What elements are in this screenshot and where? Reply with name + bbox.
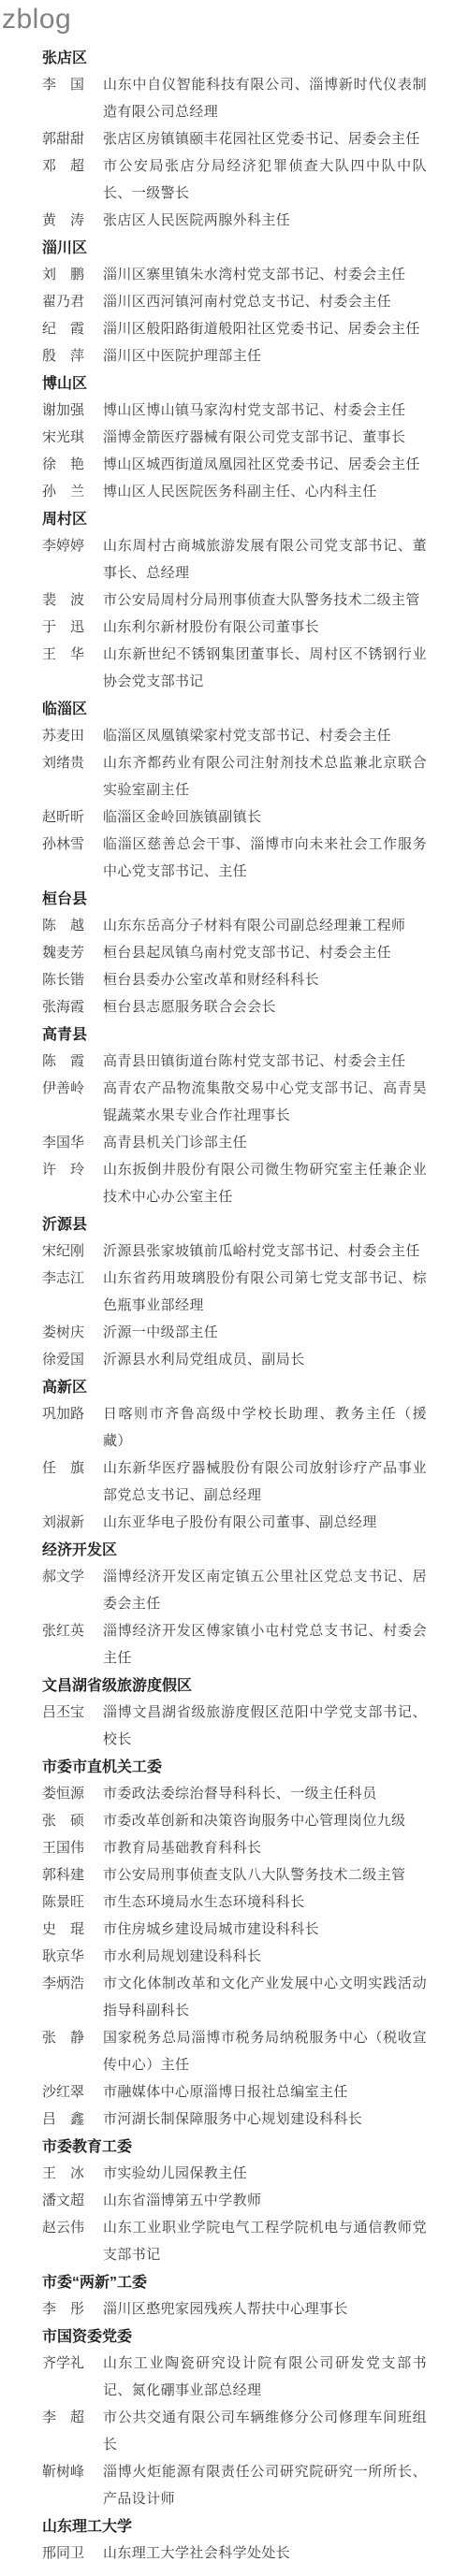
list-item: 郭科建市公安局刑事侦查支队八大队警务技术二级主管 [42,1862,427,1889]
person-title: 山东扳倒井股份有限公司微生物研究室主任兼企业技术中心办公室主任 [103,1157,427,1211]
person-title: 张店区房镇镇颐丰花园社区党委书记、居委会主任 [103,126,427,153]
person-name: 徐 艳 [42,452,103,479]
person-name: 齐学礼 [42,2351,103,2378]
list-item: 巩加路日喀则市齐鲁高级中学校长助理、教务主任（援藏） [42,1401,427,1455]
person-name: 娄恒源 [42,1781,103,1808]
list-item: 邓 超市公安局张店分局经济犯罪侦查大队四中队中队长、一级警长 [42,153,427,208]
person-title: 临淄区凤凰镇梁家村党支部书记、村委会主任 [103,723,427,750]
person-name: 郭甜甜 [42,126,103,153]
person-title: 山东齐都药业有限公司注射剂技术总监兼北京联合实验室副主任 [103,750,427,804]
section-title: 淄川区 [42,235,427,262]
section-title: 桓台县 [42,886,427,913]
person-name: 张 硕 [42,1808,103,1835]
person-name: 陈 霞 [42,1049,103,1076]
person-name: 史 琨 [42,1917,103,1944]
list-item: 孙林雪临淄区慈善总会干事、淄博市向未来社会工作服务中心党支部书记、主任 [42,832,427,886]
person-title: 山东东岳高分子材料有限公司副总经理兼工程师 [103,913,427,940]
person-name: 王 华 [42,642,103,669]
person-name: 苏麦田 [42,723,103,750]
person-name: 吕 鑫 [42,2106,103,2134]
list-item: 李炳浩市文化体制改革和文化产业发展中心文明实践活动指导科副科长 [42,1971,427,2025]
person-title: 张店区人民医院两腺外科主任 [103,208,427,235]
person-title: 市住房城乡建设局城市建设科科长 [103,1917,427,1944]
person-title: 高青县机关门诊部主任 [103,1130,427,1157]
person-name: 娄树庆 [42,1320,103,1347]
list-item: 吕丕宝淄博文昌湖省级旅游度假区范阳中学党支部书记、校长 [42,1700,427,1754]
person-name: 谢加强 [42,398,103,425]
list-item: 孙 兰博山区人民医院医务科副主任、心内科主任 [42,479,427,506]
person-title: 山东亚华电子股份有限公司董事、副总经理 [103,1510,427,1537]
person-title: 市实验幼儿园保教主任 [103,2161,427,2188]
list-item: 齐学礼山东工业陶瓷研究设计院有限公司研发党支部书记、氮化硼事业部总经理 [42,2351,427,2405]
list-item: 陈景旺市生态环境局水生态环境科科长 [42,1889,427,1917]
person-title: 淄博文昌湖省级旅游度假区范阳中学党支部书记、校长 [103,1700,427,1754]
person-name: 刘 鹏 [42,262,103,289]
person-name: 殷 萍 [42,343,103,370]
person-title: 淄川区西河镇河南村党总支书记、村委会主任 [103,289,427,316]
person-title: 沂源县张家坡镇前瓜峪村党支部书记、村委会主任 [103,1238,427,1266]
person-title: 博山区城西街道凤凰园社区党委书记、居委会主任 [103,452,427,479]
person-title: 山东省药用玻璃股份有限公司第七党支部书记、棕色瓶事业部经理 [103,1266,427,1320]
person-name: 许 玲 [42,1157,103,1184]
person-name: 纪 霞 [42,316,103,343]
list-item: 耿京华市水利局规划建设科科长 [42,1944,427,1971]
list-item: 娄恒源市委政法委综治督导科科长、一级主任科员 [42,1781,427,1808]
person-title: 山东新世纪不锈钢集团董事长、周村区不锈钢行业协会党支部书记 [103,642,427,696]
section-title: 高新区 [42,1374,427,1401]
list-item: 陈 越山东东岳高分子材料有限公司副总经理兼工程师 [42,913,427,940]
person-title: 淄博火炬能源有限责任公司研究院研究一所所长、产品设计师 [103,2459,427,2513]
person-name: 伊善岭 [42,1076,103,1103]
list-item: 潘文超山东省淄博第五中学教师 [42,2188,427,2215]
person-title: 市水利局规划建设科科长 [103,1944,427,1971]
person-name: 魏麦芳 [42,940,103,967]
person-title: 山东理工大学社会科学处处长 [103,2540,427,2568]
list-item: 吕 鑫市河湖长制保障服务中心规划建设科科长 [42,2106,427,2134]
person-title: 市生态环境局水生态环境科科长 [103,1889,427,1917]
list-item: 纪 霞淄川区般阳路街道般阳社区党委书记、居委会主任 [42,316,427,343]
person-name: 王国伟 [42,1835,103,1862]
list-item: 赵云伟山东工业职业学院电气工程学院机电与通信教师党支部书记 [42,2215,427,2269]
person-name: 李国华 [42,1130,103,1157]
person-name: 陈长锴 [42,967,103,994]
person-name: 邢同卫 [42,2540,103,2568]
person-title: 淄博经济开发区傅家镇小屯村党总支书记、村委会主任 [103,1618,427,1672]
person-name: 李婷婷 [42,533,103,560]
list-item: 张 硕市委改革创新和决策咨询服务中心管理岗位九级 [42,1808,427,1835]
list-item: 谢加强博山区博山镇马家沟村党支部书记、村委会主任 [42,398,427,425]
section-title: 经济开发区 [42,1537,427,1564]
person-name: 张海霞 [42,994,103,1021]
person-name: 刘淑新 [42,1510,103,1537]
list-item: 李 超市公共交通有限公司车辆维修分公司修理车间班组长 [42,2405,427,2459]
person-title: 桓台县志愿服务联合会会长 [103,994,427,1021]
person-title: 高青县田镇街道台陈村党支部书记、村委会主任 [103,1049,427,1076]
section-title: 市委市直机关工委 [42,1754,427,1781]
list-item: 张 静国家税务总局淄博市税务局纳税服务中心（税收宣传中心）主任 [42,2025,427,2079]
awards-list: 张店区李 国山东中自仪智能科技有限公司、淄博新时代仪表制造有限公司总经理郭甜甜张… [0,37,468,2568]
person-title: 市委改革创新和决策咨询服务中心管理岗位九级 [103,1808,427,1835]
list-item: 沙红翠市融媒体中心原淄博日报社总编室主任 [42,2079,427,2106]
person-name: 李 彤 [42,2296,103,2323]
person-name: 巩加路 [42,1401,103,1428]
person-title: 淄川区憨兜家园残疾人帮扶中心理事长 [103,2296,427,2323]
person-title: 山东工业陶瓷研究设计院有限公司研发党支部书记、氮化硼事业部总经理 [103,2351,427,2405]
person-title: 桓台县委办公室改革和财经科科长 [103,967,427,994]
list-item: 靳树峰淄博火炬能源有限责任公司研究院研究一所所长、产品设计师 [42,2459,427,2513]
person-name: 刘绪贵 [42,750,103,777]
list-item: 宋光琪淄博金箭医疗器械有限公司党支部书记、董事长 [42,425,427,452]
person-name: 潘文超 [42,2188,103,2215]
person-name: 王 冰 [42,2161,103,2188]
list-item: 徐爱国沂源县水利局党组成员、副局长 [42,1347,427,1374]
site-logo[interactable]: zblog [0,0,468,37]
list-item: 邢同卫山东理工大学社会科学处处长 [42,2540,427,2568]
person-title: 市教育局基础教育科科长 [103,1835,427,1862]
list-item: 徐 艳博山区城西街道凤凰园社区党委书记、居委会主任 [42,452,427,479]
list-item: 于 迅山东利尔新材股份有限公司董事长 [42,615,427,642]
list-item: 苏麦田临淄区凤凰镇梁家村党支部书记、村委会主任 [42,723,427,750]
list-item: 李 国山东中自仪智能科技有限公司、淄博新时代仪表制造有限公司总经理 [42,72,427,126]
person-name: 郝文学 [42,1564,103,1591]
person-name: 李志江 [42,1266,103,1293]
person-name: 陈景旺 [42,1889,103,1917]
person-title: 山东工业职业学院电气工程学院机电与通信教师党支部书记 [103,2215,427,2269]
person-name: 李 超 [42,2405,103,2432]
person-name: 宋光琪 [42,425,103,452]
section-title: 高青县 [42,1021,427,1049]
person-title: 淄博经济开发区南定镇五公里社区党总支书记、居委会主任 [103,1564,427,1618]
person-title: 国家税务总局淄博市税务局纳税服务中心（税收宣传中心）主任 [103,2025,427,2079]
list-item: 王 华山东新世纪不锈钢集团董事长、周村区不锈钢行业协会党支部书记 [42,642,427,696]
list-item: 翟乃君淄川区西河镇河南村党总支书记、村委会主任 [42,289,427,316]
list-item: 张红英淄博经济开发区傅家镇小屯村党总支书记、村委会主任 [42,1618,427,1672]
list-item: 陈 霞高青县田镇街道台陈村党支部书记、村委会主任 [42,1049,427,1076]
person-name: 张红英 [42,1618,103,1645]
person-title: 山东省淄博第五中学教师 [103,2188,427,2215]
person-title: 淄博金箭医疗器械有限公司党支部书记、董事长 [103,425,427,452]
person-title: 市委政法委综治督导科科长、一级主任科员 [103,1781,427,1808]
person-title: 淄川区般阳路街道般阳社区党委书记、居委会主任 [103,316,427,343]
person-title: 山东利尔新材股份有限公司董事长 [103,615,427,642]
list-item: 任 旗山东新华医疗器械股份有限公司放射诊疗产品事业部党总支书记、副总经理 [42,1455,427,1510]
person-title: 临淄区金岭回族镇副镇长 [103,804,427,832]
person-title: 淄川区中医院护理部主任 [103,343,427,370]
person-name: 李 国 [42,72,103,99]
person-title: 市公安局周村分局刑事侦查大队警务技术二级主管 [103,587,427,615]
section-title: 市委“两新”工委 [42,2269,427,2296]
person-title: 山东周村古商城旅游发展有限公司党支部书记、董事长、总经理 [103,533,427,587]
person-title: 市公安局刑事侦查支队八大队警务技术二级主管 [103,1862,427,1889]
person-title: 博山区博山镇马家沟村党支部书记、村委会主任 [103,398,427,425]
list-item: 李 彤淄川区憨兜家园残疾人帮扶中心理事长 [42,2296,427,2323]
person-title: 临淄区慈善总会干事、淄博市向未来社会工作服务中心党支部书记、主任 [103,832,427,886]
person-name: 沙红翠 [42,2079,103,2106]
section-title: 文昌湖省级旅游度假区 [42,1672,427,1700]
list-item: 魏麦芳桓台县起凤镇乌南村党支部书记、村委会主任 [42,940,427,967]
list-item: 刘淑新山东亚华电子股份有限公司董事、副总经理 [42,1510,427,1537]
person-name: 张 静 [42,2025,103,2052]
person-title: 山东中自仪智能科技有限公司、淄博新时代仪表制造有限公司总经理 [103,72,427,126]
list-item: 李志江山东省药用玻璃股份有限公司第七党支部书记、棕色瓶事业部经理 [42,1266,427,1320]
list-item: 伊善岭高青农产品物流集散交易中心党支部书记、高青昊锟蔬菜水果专业合作社理事长 [42,1076,427,1130]
section-title: 市国资委党委 [42,2323,427,2351]
section-title: 沂源县 [42,1211,427,1238]
section-title: 周村区 [42,506,427,533]
person-name: 裴 波 [42,587,103,615]
list-item: 李国华高青县机关门诊部主任 [42,1130,427,1157]
list-item: 刘 鹏淄川区寨里镇朱水湾村党支部书记、村委会主任 [42,262,427,289]
person-name: 赵昕昕 [42,804,103,832]
person-name: 翟乃君 [42,289,103,316]
person-name: 靳树峰 [42,2459,103,2486]
person-title: 高青农产品物流集散交易中心党支部书记、高青昊锟蔬菜水果专业合作社理事长 [103,1076,427,1130]
person-title: 市公共交通有限公司车辆维修分公司修理车间班组长 [103,2405,427,2459]
person-title: 市文化体制改革和文化产业发展中心文明实践活动指导科副科长 [103,1971,427,2025]
list-item: 许 玲山东扳倒井股份有限公司微生物研究室主任兼企业技术中心办公室主任 [42,1157,427,1211]
person-title: 淄川区寨里镇朱水湾村党支部书记、村委会主任 [103,262,427,289]
list-item: 陈长锴桓台县委办公室改革和财经科科长 [42,967,427,994]
person-title: 日喀则市齐鲁高级中学校长助理、教务主任（援藏） [103,1401,427,1455]
list-item: 张海霞桓台县志愿服务联合会会长 [42,994,427,1021]
section-title: 山东理工大学 [42,2513,427,2540]
list-item: 郭甜甜张店区房镇镇颐丰花园社区党委书记、居委会主任 [42,126,427,153]
person-name: 吕丕宝 [42,1700,103,1727]
list-item: 宋纪刚沂源县张家坡镇前瓜峪村党支部书记、村委会主任 [42,1238,427,1266]
person-name: 宋纪刚 [42,1238,103,1266]
person-name: 孙 兰 [42,479,103,506]
person-name: 任 旗 [42,1455,103,1483]
person-title: 沂源县水利局党组成员、副局长 [103,1347,427,1374]
person-title: 博山区人民医院医务科副主任、心内科主任 [103,479,427,506]
list-item: 王 冰市实验幼儿园保教主任 [42,2161,427,2188]
person-name: 于 迅 [42,615,103,642]
list-item: 娄树庆沂源一中级部主任 [42,1320,427,1347]
person-title: 市公安局张店分局经济犯罪侦查大队四中队中队长、一级警长 [103,153,427,208]
section-title: 市委教育工委 [42,2134,427,2161]
person-name: 耿京华 [42,1944,103,1971]
list-item: 史 琨市住房城乡建设局城市建设科科长 [42,1917,427,1944]
person-name: 孙林雪 [42,832,103,859]
person-title: 市河湖长制保障服务中心规划建设科科长 [103,2106,427,2134]
person-name: 徐爱国 [42,1347,103,1374]
section-title: 博山区 [42,370,427,398]
page: zblog 张店区李 国山东中自仪智能科技有限公司、淄博新时代仪表制造有限公司总… [0,0,468,2568]
person-name: 黄 涛 [42,208,103,235]
section-title: 临淄区 [42,696,427,723]
list-item: 李婷婷山东周村古商城旅游发展有限公司党支部书记、董事长、总经理 [42,533,427,587]
list-item: 赵昕昕临淄区金岭回族镇副镇长 [42,804,427,832]
person-title: 市融媒体中心原淄博日报社总编室主任 [103,2079,427,2106]
person-title: 沂源一中级部主任 [103,1320,427,1347]
list-item: 裴 波市公安局周村分局刑事侦查大队警务技术二级主管 [42,587,427,615]
person-name: 李炳浩 [42,1971,103,1998]
list-item: 刘绪贵山东齐都药业有限公司注射剂技术总监兼北京联合实验室副主任 [42,750,427,804]
person-title: 山东新华医疗器械股份有限公司放射诊疗产品事业部党总支书记、副总经理 [103,1455,427,1510]
person-name: 陈 越 [42,913,103,940]
person-name: 赵云伟 [42,2215,103,2242]
list-item: 黄 涛张店区人民医院两腺外科主任 [42,208,427,235]
person-name: 郭科建 [42,1862,103,1889]
list-item: 郝文学淄博经济开发区南定镇五公里社区党总支书记、居委会主任 [42,1564,427,1618]
list-item: 殷 萍淄川区中医院护理部主任 [42,343,427,370]
section-title: 张店区 [42,45,427,72]
person-name: 邓 超 [42,153,103,181]
person-title: 桓台县起凤镇乌南村党支部书记、村委会主任 [103,940,427,967]
list-item: 王国伟市教育局基础教育科科长 [42,1835,427,1862]
